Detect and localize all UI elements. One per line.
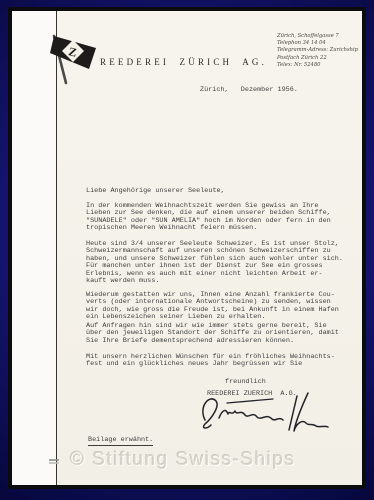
enclosure-note-text: Beilage erwähnt. (88, 436, 153, 446)
paragraph-3: Wiederum gestatten wir uns, Ihnen eine A… (86, 292, 339, 322)
signature-ink (193, 390, 338, 435)
dateline: Zürich, Dezember 1956. (200, 87, 298, 94)
enclosure-note: Beilage erwähnt. (88, 437, 153, 444)
print-code-mark (49, 459, 59, 461)
paragraph-4: Auf Anfragen hin sind wir wie immer stet… (86, 323, 339, 345)
salutation: Liebe Angehörige unserer Seeleute, (86, 188, 225, 195)
closing-word: freundlich (225, 379, 266, 386)
paragraph-2: Heute sind 3/4 unserer Seeleute Schweize… (86, 241, 343, 285)
company-name: REEDEREI ZÜRICH AG. (100, 57, 267, 67)
handwritten-signature (193, 390, 338, 435)
watermark-text: © Stiftung Swiss-Ships (70, 449, 295, 471)
paragraph-1: In der kommenden Weihnachtszeit werden S… (86, 203, 331, 233)
letterhead-address-block: Zürich, Schoffelgasse 7 Telephon 34 14 0… (277, 33, 358, 69)
paragraph-5: Mit unsern herzlichen Wünschen für ein f… (86, 354, 335, 369)
scanned-letter-page: { "letterhead": { "company_name": "REEDE… (0, 0, 374, 500)
